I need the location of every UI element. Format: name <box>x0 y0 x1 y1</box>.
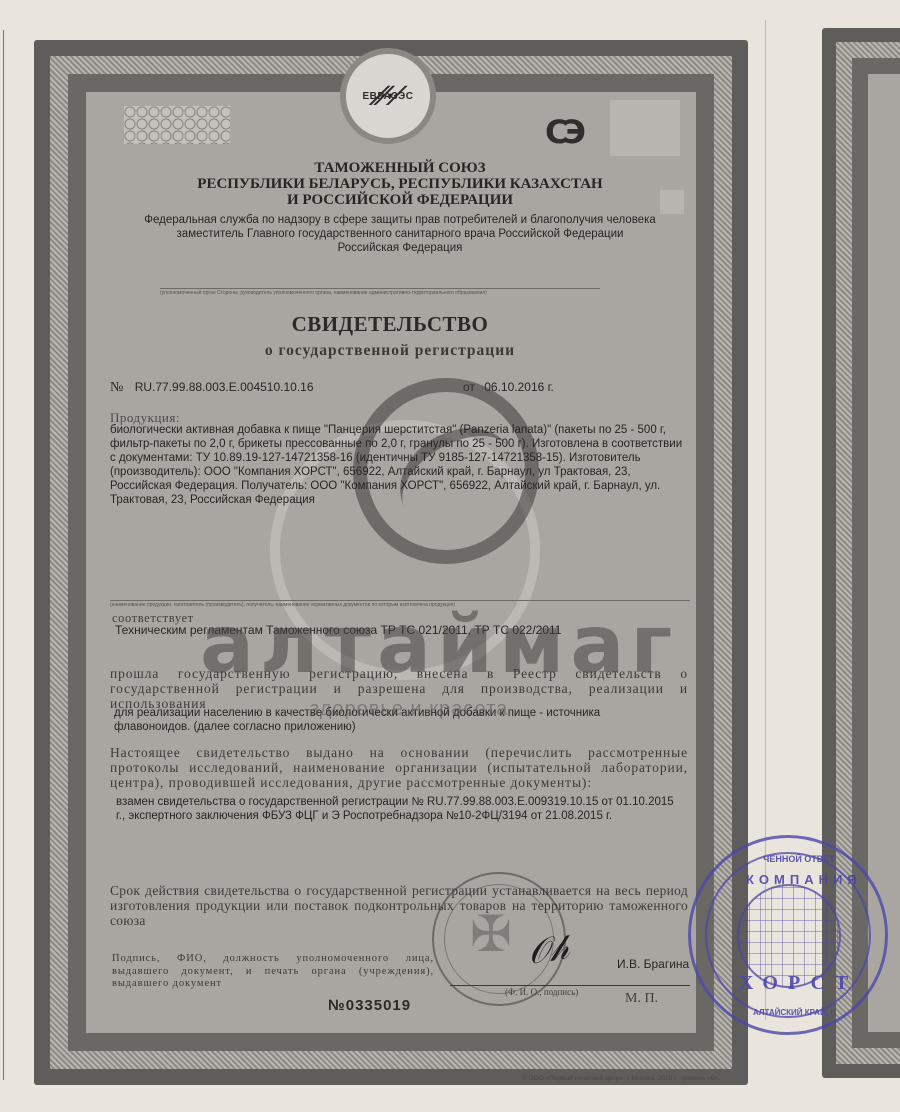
company-stamp: ЧЕННОЙ ОТВЕТ КОМПАНИЯ ХОРСТ АЛТАЙСКИЙ КР… <box>688 835 888 1035</box>
stamp-company-arc: КОМПАНИЯ <box>746 872 862 887</box>
authority-caption: (уполномоченный орган Стороны, руководит… <box>160 288 600 296</box>
basis-statement: Настоящее свидетельство выдано на основа… <box>110 745 688 790</box>
conformity-mark-icon: СЭ <box>545 113 580 151</box>
certificate-number-row: № RU.77.99.88.003.Е.004510.10.16 <box>110 380 314 396</box>
signature-caption: (Ф. И. О., подпись) <box>505 987 578 997</box>
seal-label: М. П. <box>625 991 658 1007</box>
stamp-bottom-text: АЛТАЙСКИЙ КРАЙ, Г. <box>753 1008 836 1017</box>
header-line-2: РЕСПУБЛИКИ БЕЛАРУСЬ, РЕСПУБЛИКИ КАЗАХСТА… <box>120 176 680 192</box>
signature-line <box>450 985 690 986</box>
page-edge-line <box>3 30 4 1080</box>
security-box <box>610 100 680 156</box>
printer-footer: © ООО «Первый печатный двор», г. Москва,… <box>522 1075 720 1082</box>
validity-statement: Срок действия свидетельства о государств… <box>110 883 688 928</box>
guilloche-pattern <box>124 106 230 144</box>
basis-documents: взамен свидетельства о государственной р… <box>116 795 676 823</box>
header-line-3: И РОССИЙСКОЙ ФЕДЕРАЦИИ <box>120 192 680 208</box>
authority-line-2: заместитель Главного государственного са… <box>108 227 692 241</box>
number-label: № <box>110 380 123 395</box>
authority-line-3: Российская Федерация <box>108 241 692 255</box>
header-line-1: ТАМОЖЕННЫЙ СОЮЗ <box>120 160 680 176</box>
document-subtitle: о государственной регистрации <box>120 342 660 360</box>
issuing-authority: Федеральная служба по надзору в сфере за… <box>108 213 692 255</box>
header: ТАМОЖЕННЫЙ СОЮЗ РЕСПУБЛИКИ БЕЛАРУСЬ, РЕС… <box>120 160 680 208</box>
coat-of-arms-icon: ✠ <box>470 905 512 963</box>
product-description: биологически активная добавка к пище "Па… <box>110 423 688 507</box>
signature-mark: 𝒪𝒽 <box>525 927 571 972</box>
stamp-company-name: ХОРСТ <box>739 972 858 995</box>
signature-label: Подпись, ФИО, должность уполномоченного … <box>112 953 434 991</box>
certificate-number: RU.77.99.88.003.Е.004510.10.16 <box>135 380 314 394</box>
emblem-label: ЕВРАЗЭС <box>362 91 413 102</box>
authority-line-1: Федеральная служба по надзору в сфере за… <box>108 213 692 227</box>
eurasec-emblem-icon: ∕∕∙∕ ЕВРАЗЭС <box>340 48 436 144</box>
document-title: СВИДЕТЕЛЬСТВО <box>120 312 660 337</box>
form-serial-number: №0335019 <box>328 997 411 1014</box>
signatory-name: И.В. Брагина <box>617 957 689 971</box>
stamp-top-text: ЧЕННОЙ ОТВЕТ <box>763 854 835 864</box>
watermark-slogan: здоровье и красота <box>310 698 508 721</box>
